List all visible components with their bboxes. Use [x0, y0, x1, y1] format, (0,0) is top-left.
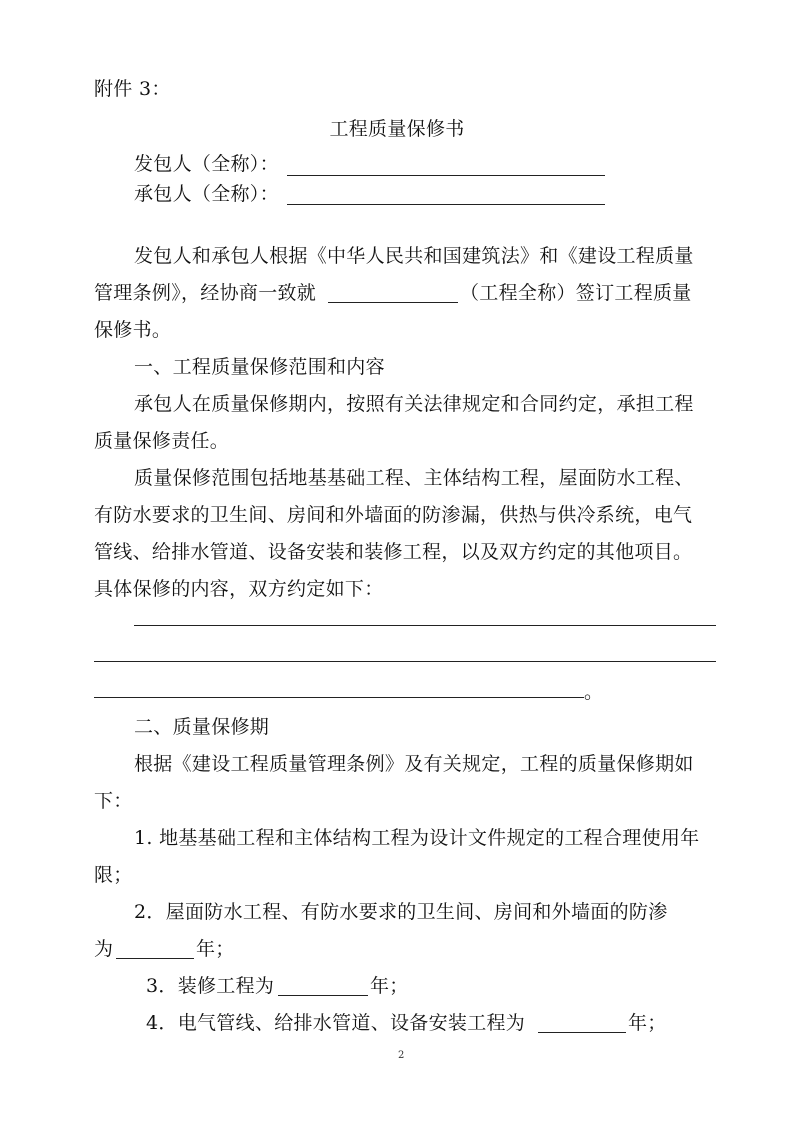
item-1-line2: 限；	[94, 863, 133, 887]
contractor-field: 承包人（全称）：	[134, 182, 279, 206]
item-3-b: 年；	[370, 974, 409, 998]
intro-line-3: 保修书。	[94, 318, 171, 342]
section-2-heading: 二、质量保修期	[134, 715, 269, 739]
section-1-p2-line1: 质量保修范围包括地基基础工程、主体结构工程，屋面防水工程、	[134, 466, 694, 490]
attachment-label: 附件 3：	[94, 77, 171, 101]
item-4-b: 年；	[628, 1011, 667, 1035]
employer-name-blank[interactable]	[287, 175, 605, 176]
section-1-p1-line2: 质量保修责任。	[94, 429, 229, 453]
project-name-blank[interactable]	[328, 302, 458, 303]
item-4-a: 4．电气管线、给排水管道、设备安装工程为	[146, 1011, 525, 1035]
section-1-heading: 一、工程质量保修范围和内容	[134, 355, 385, 379]
intro-line-2: 管理条例》，经协商一致就	[94, 281, 316, 305]
page-number: 2	[398, 1050, 404, 1061]
waterproof-years-blank[interactable]	[116, 958, 194, 959]
section-1-p2-line3: 管线、给排水管道、设备安装和装修工程，以及双方约定的其他项目。	[94, 540, 692, 564]
contractor-name-blank[interactable]	[287, 204, 605, 205]
decoration-years-blank[interactable]	[278, 995, 368, 996]
item-1-line1: 1. 地基基础工程和主体结构工程为设计文件规定的工程合理使用年	[134, 826, 699, 850]
warranty-content-blank-3[interactable]	[94, 697, 584, 698]
item-3-a: 3．装修工程为	[146, 974, 274, 998]
item-2-line2b: 年；	[196, 937, 235, 961]
equipment-years-blank[interactable]	[538, 1032, 626, 1033]
intro-line-2b: （工程全称）签订工程质量	[460, 281, 692, 305]
employer-field: 发包人（全称）：	[134, 152, 279, 176]
section-1-p2-line2: 有防水要求的卫生间、房间和外墙面的防渗漏，供热与供冷系统，电气	[94, 503, 692, 527]
warranty-content-blank-2[interactable]	[94, 661, 716, 662]
contractor-label: 承包人（全称）：	[134, 183, 279, 205]
section-1-p2-line4: 具体保修的内容，双方约定如下：	[94, 577, 384, 601]
warranty-content-blank-1[interactable]	[134, 625, 716, 626]
item-2-line1: 2．屋面防水工程、有防水要求的卫生间、房间和外墙面的防渗	[134, 900, 668, 924]
employer-label: 发包人（全称）：	[134, 153, 279, 175]
section-2-p1-line2: 下：	[94, 789, 133, 813]
item-2-line2a: 为	[94, 937, 113, 961]
warranty-content-end-mark: 。	[584, 680, 603, 704]
section-2-p1-line1: 根据《建设工程质量管理条例》及有关规定，工程的质量保修期如	[134, 752, 694, 776]
document-title: 工程质量保修书	[290, 117, 504, 141]
section-1-p1-line1: 承包人在质量保修期内，按照有关法律规定和合同约定，承担工程	[134, 392, 694, 416]
intro-line-1: 发包人和承包人根据《中华人民共和国建筑法》和《建设工程质量	[134, 244, 694, 268]
